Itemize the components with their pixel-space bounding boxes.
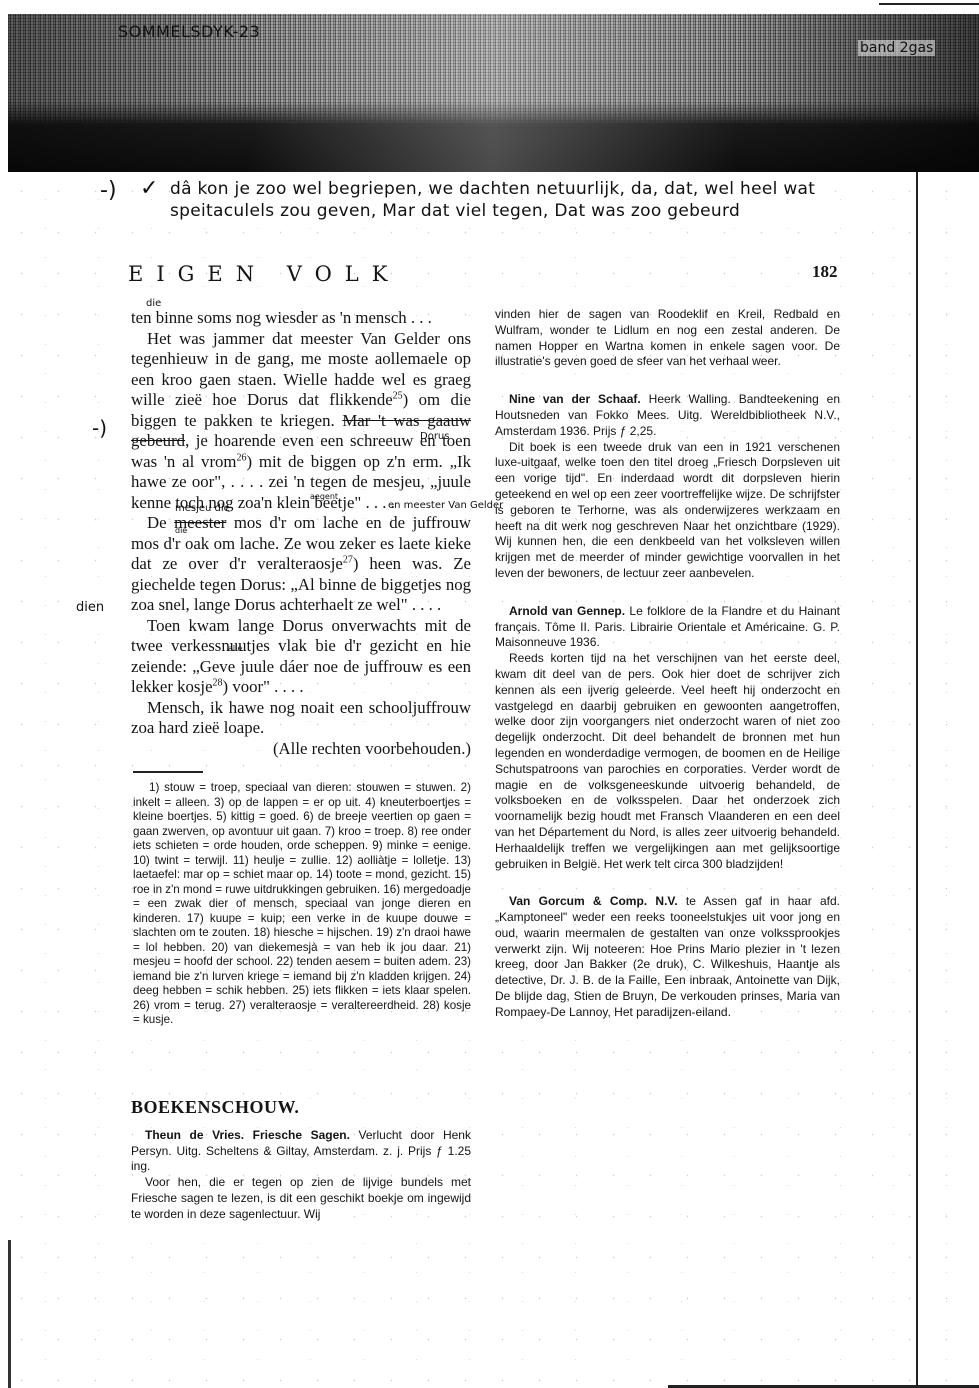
journal-title: EIGEN VOLK [128,262,400,286]
page-number: 182 [812,262,838,282]
footnote-ref: 28 [213,677,223,688]
handwritten-check-icon: ✓ [140,176,158,201]
review-entry: Nine van der Schaaf. Heerk Walling. Band… [495,392,840,439]
handwritten-insert: aegent [310,492,338,501]
handwritten-insert: alle [228,644,242,653]
review-column-right: vinden hier de sagen van Roodeklif en Kr… [495,307,840,1021]
story-text: voor" . . . . [232,677,303,696]
review-body: vinden hier de sagen van Roodeklif en Kr… [495,307,840,370]
review-title: Nine van der Schaaf. [509,392,641,406]
page-edge-left [8,1240,11,1388]
review-title: Van Gorcum & Comp. N.V. [509,894,678,908]
book-review-section: BOEKENSCHOUW. Theun de Vries. Friesche S… [131,1100,471,1223]
story-paragraph: Toen kwam lange Dorus onverwachts mit de… [131,616,471,698]
story-column: ten binne soms nog wiesder as 'n mensch … [131,308,471,1028]
handwritten-insert: dien [76,600,104,615]
handwritten-insert: die [146,298,161,309]
review-body: Voor hen, die er tegen op zien de lijvig… [131,1175,471,1222]
handwritten-correction-note: dâ kon je zoo wel begriepen, we dachten … [170,178,910,222]
story-text: De [147,513,167,532]
handwritten-insert: mesjeu die [175,503,230,514]
spacer [495,370,840,392]
section-title: BOEKENSCHOUW. [131,1100,471,1116]
handwritten-arrow-icon: -) [100,178,117,203]
spacer [495,582,840,604]
footnotes: 1) stouw = troep, speciaal van dieren: s… [131,781,471,1028]
scan-edge-line [879,3,979,5]
spacer [495,872,840,894]
handwritten-insert: Dorus [420,431,449,442]
review-title: Theun de Vries. Friesche Sagen. [145,1128,350,1142]
review-title: Arnold van Gennep. [509,604,625,618]
handwritten-band-label: band 2gas [858,40,935,56]
handwritten-insert: die [175,526,187,535]
story-paragraph: Mensch, ik hawe nog noait een schooljuff… [131,698,471,739]
copyright-notice: (Alle rechten voorbehouden.) [131,739,471,760]
review-entry: Arnold van Gennep. Le folklore de la Fla… [495,604,840,651]
footnote-divider [133,771,203,773]
handwritten-archive-code: SOMMELSDYK-23 [118,22,260,41]
handwritten-margin-arrow-icon: -) [92,416,107,440]
review-meta: te Assen gaf in haar afd. „Kamptoneel" w… [495,894,840,1019]
review-entry: Van Gorcum & Comp. N.V. te Assen gaf in … [495,894,840,1020]
handwritten-insert: en meester Van Gelder [388,500,503,511]
story-paragraph: ten binne soms nog wiesder as 'n mensch … [131,308,471,329]
review-entry: Theun de Vries. Friesche Sagen. Verlucht… [131,1128,471,1175]
story-paragraph: Het was jammer dat meester Van Gelder on… [131,329,471,514]
footnote-ref: 25 [393,390,403,401]
review-body: Reeds korten tijd na het verschijnen van… [495,651,840,872]
footnote-ref: 26 [236,452,246,463]
footnote-ref: 27 [343,554,353,565]
page-edge-right [916,172,918,1388]
review-body: Dit boek is een tweede druk van een in 1… [495,440,840,582]
